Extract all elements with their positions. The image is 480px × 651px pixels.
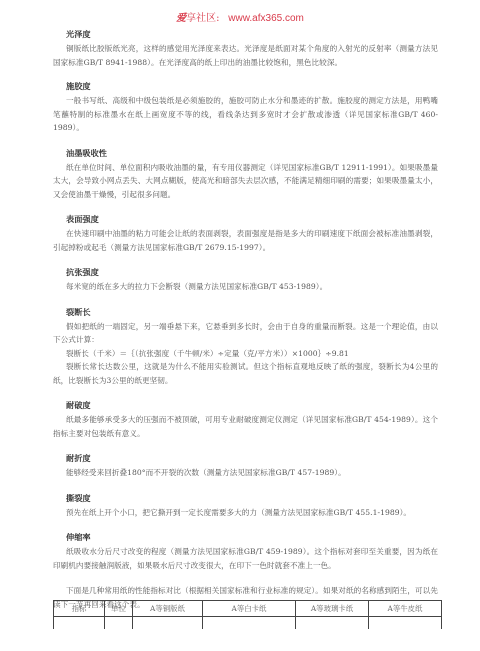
section-gloss: 光泽度 铜版纸比胶版纸光亮，这样的感觉用光泽度来表达。光泽度是纸面对某个角度的入…: [53, 28, 438, 69]
table-cell: [133, 617, 203, 630]
table-cell: [203, 617, 296, 630]
paper-spec-table: 指标 单位 A等铜版纸 A等白卡纸 A等玻璃卡纸 A等牛皮纸: [53, 600, 442, 629]
section-breaking-length: 裂断长 假如把纸的一端固定，另一端垂悬下来，它悬垂到多长时，会由于自身的重量而断…: [53, 306, 438, 388]
section-surface-strength: 表面强度 在快速印刷中油墨的粘力可能会让纸的表面剥裂，表面强度是指是多大的印刷速…: [53, 213, 438, 254]
section-paragraph: 假如把纸的一端固定，另一端垂悬下来，它悬垂到多长时，会由于自身的重量而断裂。这是…: [53, 320, 438, 347]
section-paragraph: 能够经受来回折叠180°而不开裂的次数（测量方法见国家标准GB/T 457-19…: [53, 466, 438, 480]
section-title: 施胶度: [66, 80, 438, 92]
table-header-row: 指标 单位 A等铜版纸 A等白卡纸 A等玻璃卡纸 A等牛皮纸: [54, 601, 442, 617]
section-paragraph: 纸吸收水分后尺寸改变的程度（测量方法见国家标准GB/T 459-1989）。这个…: [53, 545, 438, 572]
section-title: 光泽度: [66, 28, 438, 40]
section-paragraph: 纸最多能够承受多大的压强而不被顶破，可用专业耐破度测定仪测定（详见国家标准GB/…: [53, 413, 438, 440]
site-url-link[interactable]: www.afx365.com: [228, 13, 304, 24]
table-cell: [54, 617, 105, 630]
section-paragraph: 每米宽的纸在多大的拉力下会断裂（测量方法见国家标准GB/T 453-1989）。: [53, 280, 438, 294]
table-header-cell: 指标: [54, 601, 105, 617]
section-title: 耐折度: [66, 452, 438, 464]
section-folding-endurance: 耐折度 能够经受来回折叠180°而不开裂的次数（测量方法见国家标准GB/T 45…: [53, 452, 438, 480]
section-title: 伸缩率: [66, 531, 438, 543]
table-cell: [369, 617, 442, 630]
section-burst-strength: 耐破度 纸最多能够承受多大的压强而不被顶破，可用专业耐破度测定仪测定（详见国家标…: [53, 399, 438, 440]
section-sizing: 施胶度 一般书写纸、高级和中级包装纸是必须施胶的，施胶可防止水分和墨迹的扩散。施…: [53, 80, 438, 135]
section-paragraph: 铜版纸比胶版纸光亮，这样的感觉用光泽度来表达。光泽度是纸面对某个角度的入射光的反…: [53, 42, 438, 69]
site-name: 享社区:: [186, 13, 219, 24]
section-paragraph: 一般书写纸、高级和中级包装纸是必须施胶的，施胶可防止水分和墨迹的扩散。施胶度的测…: [53, 94, 438, 135]
section-title: 撕裂度: [66, 492, 438, 504]
table-header-cell: A等白卡纸: [203, 601, 296, 617]
table-header-cell: A等铜版纸: [133, 601, 203, 617]
site-header: 爱享社区: www.afx365.com: [0, 9, 480, 24]
section-paragraph: 裂断长常长达数公里，这就是为什么不能用实验测试。但这个指标直观地反映了纸的强度，…: [53, 360, 438, 387]
article-body: 光泽度 铜版纸比胶版纸光亮，这样的感觉用光泽度来表达。光泽度是纸面对某个角度的入…: [53, 28, 438, 611]
section-paragraph: 纸在单位时间、单位面积内吸收油墨的量，有专用仪器测定（详见国家标准GB/T 12…: [53, 161, 438, 202]
section-dimensional-stability: 伸缩率 纸吸收水分后尺寸改变的程度（测量方法见国家标准GB/T 459-1989…: [53, 531, 438, 572]
section-title: 表面强度: [66, 213, 438, 225]
table-row: [54, 617, 442, 630]
section-tensile-strength: 抗张强度 每米宽的纸在多大的拉力下会断裂（测量方法见国家标准GB/T 453-1…: [53, 266, 438, 294]
section-ink-absorbency: 油墨吸收性 纸在单位时间、单位面积内吸收油墨的量，有专用仪器测定（详见国家标准G…: [53, 147, 438, 202]
section-title: 抗张强度: [66, 266, 438, 278]
table-header-cell: 单位: [105, 601, 133, 617]
section-paragraph: 在快速印刷中油墨的粘力可能会让纸的表面剥裂，表面强度是指是多大的印刷速度下纸面会…: [53, 227, 438, 254]
section-title: 裂断长: [66, 306, 438, 318]
section-title: 油墨吸收性: [66, 147, 438, 159]
table-header-cell: A等牛皮纸: [369, 601, 442, 617]
table-cell: [105, 617, 133, 630]
breaking-length-formula: 裂断长（千米）＝｛（抗张强度（千牛顿/米）÷定量（克/平方米））×1000｝÷9…: [53, 347, 438, 361]
logo-icon: 爱: [176, 13, 186, 24]
table-cell: [296, 617, 369, 630]
table-header-cell: A等玻璃卡纸: [296, 601, 369, 617]
section-tear-strength: 撕裂度 预先在纸上开个小口，把它撕开到一定长度需要多大的力（测量方法见国家标准G…: [53, 492, 438, 520]
section-title: 耐破度: [66, 399, 438, 411]
section-paragraph: 预先在纸上开个小口，把它撕开到一定长度需要多大的力（测量方法见国家标准GB/T …: [53, 506, 438, 520]
